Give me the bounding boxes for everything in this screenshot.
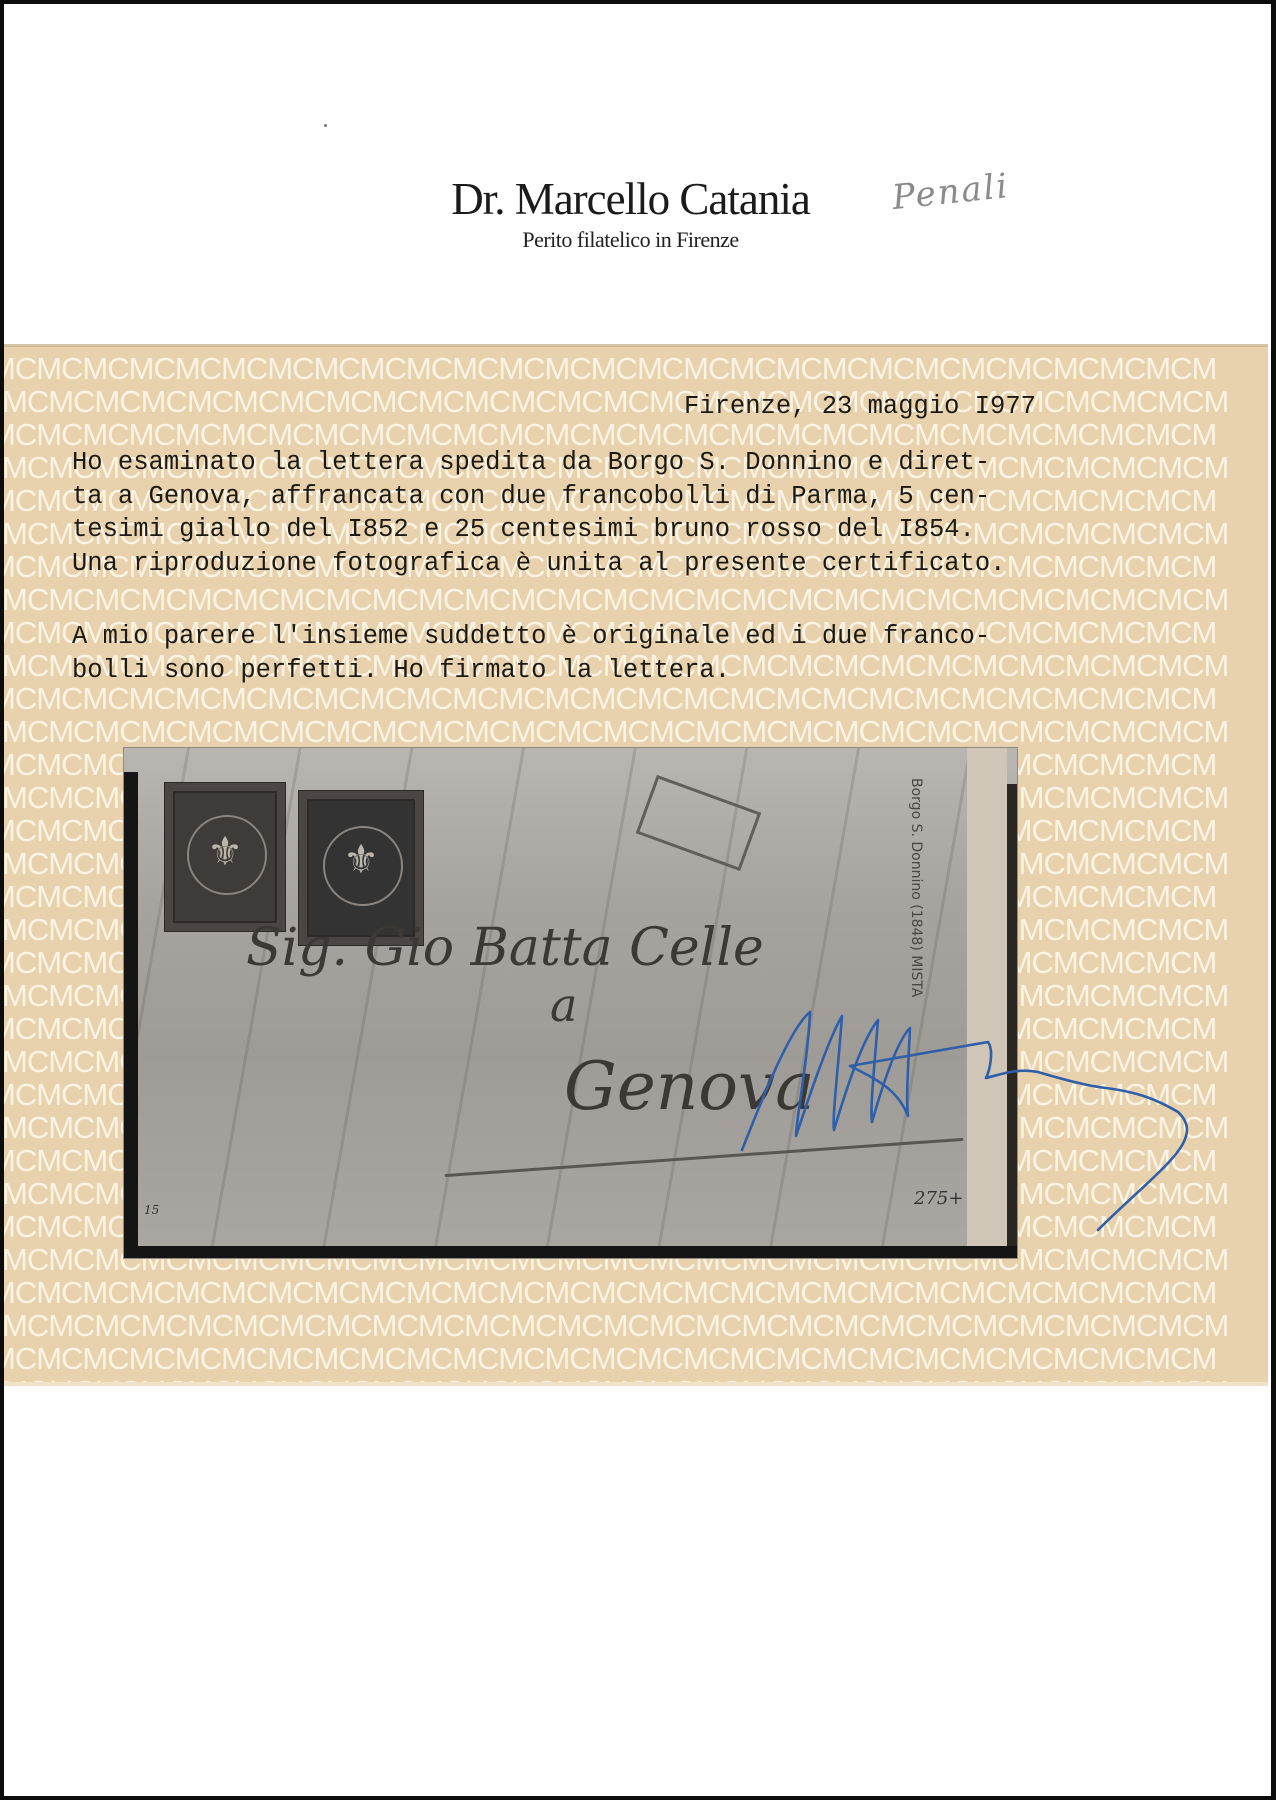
watermark-row: MCMCMCMCMCMCMCMCMCMCMCMCMCMCMCMCMCMCMCMC… — [4, 385, 1268, 418]
watermark-row: MCMCMCMCMCMCMCMCMCMCMCMCMCMCMCMCMCMCMCMC… — [4, 1375, 1268, 1386]
certificate-date: Firenze, 23 maggio I977 — [684, 392, 1036, 421]
watermark-row: MCMCMCMCMCMCMCMCMCMCMCMCMCMCMCMCMCMCMCMC… — [4, 352, 1268, 385]
address-city: Genova — [564, 1048, 815, 1125]
text-line: A mio parere l'insieme suddetto è origin… — [72, 620, 990, 654]
pencil-number: 275+ — [914, 1188, 963, 1209]
corner-number: 15 — [144, 1203, 159, 1217]
expert-title: Perito filatelico in Firenze — [0, 226, 1271, 254]
fleur-de-lis-icon: ⚜ — [299, 837, 423, 883]
photo-shadow-bottom — [124, 1246, 1017, 1258]
text-line: tesimi giallo del I852 e 25 centesimi br… — [72, 513, 1005, 547]
watermark-row: MCMCMCMCMCMCMCMCMCMCMCMCMCMCMCMCMCMCMCMC… — [4, 715, 1268, 748]
expert-name: Dr. Marcello Catania — [0, 174, 1271, 224]
certificate-paragraph-1: Ho esaminato la lettera spedita da Borgo… — [72, 446, 1005, 580]
photo-shadow-right — [1007, 784, 1017, 1258]
watermark-row: MCMCMCMCMCMCMCMCMCMCMCMCMCMCMCMCMCMCMCMC… — [4, 1309, 1268, 1342]
fleur-de-lis-icon: ⚜ — [165, 829, 285, 875]
pencil-side-note: Borgo S. Donnino (1848) MISTA — [908, 778, 924, 997]
cover-photograph: ⚜ ⚜ Sig. Gio Batta Celle a Genova 275+ 1… — [124, 748, 1017, 1258]
speck — [324, 124, 327, 127]
text-line: ta a Genova, affrancata con due francobo… — [72, 480, 1005, 514]
photo-shadow-left — [124, 772, 138, 1258]
certificate-paragraph-2: A mio parere l'insieme suddetto è origin… — [72, 620, 990, 687]
envelope-flap — [967, 748, 1007, 1258]
watermark-row: MCMCMCMCMCMCMCMCMCMCMCMCMCMCMCMCMCMCMCMC… — [4, 583, 1268, 616]
watermark-row: MCMCMCMCMCMCMCMCMCMCMCMCMCMCMCMCMCMCMCMC… — [4, 1276, 1268, 1309]
address-connector: a — [550, 978, 577, 1032]
letterhead: Dr. Marcello Catania Perito filatelico i… — [4, 174, 1271, 254]
text-line: Una riproduzione fotografica è unita al … — [72, 547, 1005, 581]
watermark-row: MCMCMCMCMCMCMCMCMCMCMCMCMCMCMCMCMCMCMCMC… — [4, 1342, 1268, 1375]
text-line: Ho esaminato la lettera spedita da Borgo… — [72, 446, 1005, 480]
stamp-5-centesimi: ⚜ — [164, 782, 286, 932]
address-line: Sig. Gio Batta Celle — [246, 918, 764, 978]
text-line: bolli sono perfetti. Ho firmato la lette… — [72, 654, 990, 688]
